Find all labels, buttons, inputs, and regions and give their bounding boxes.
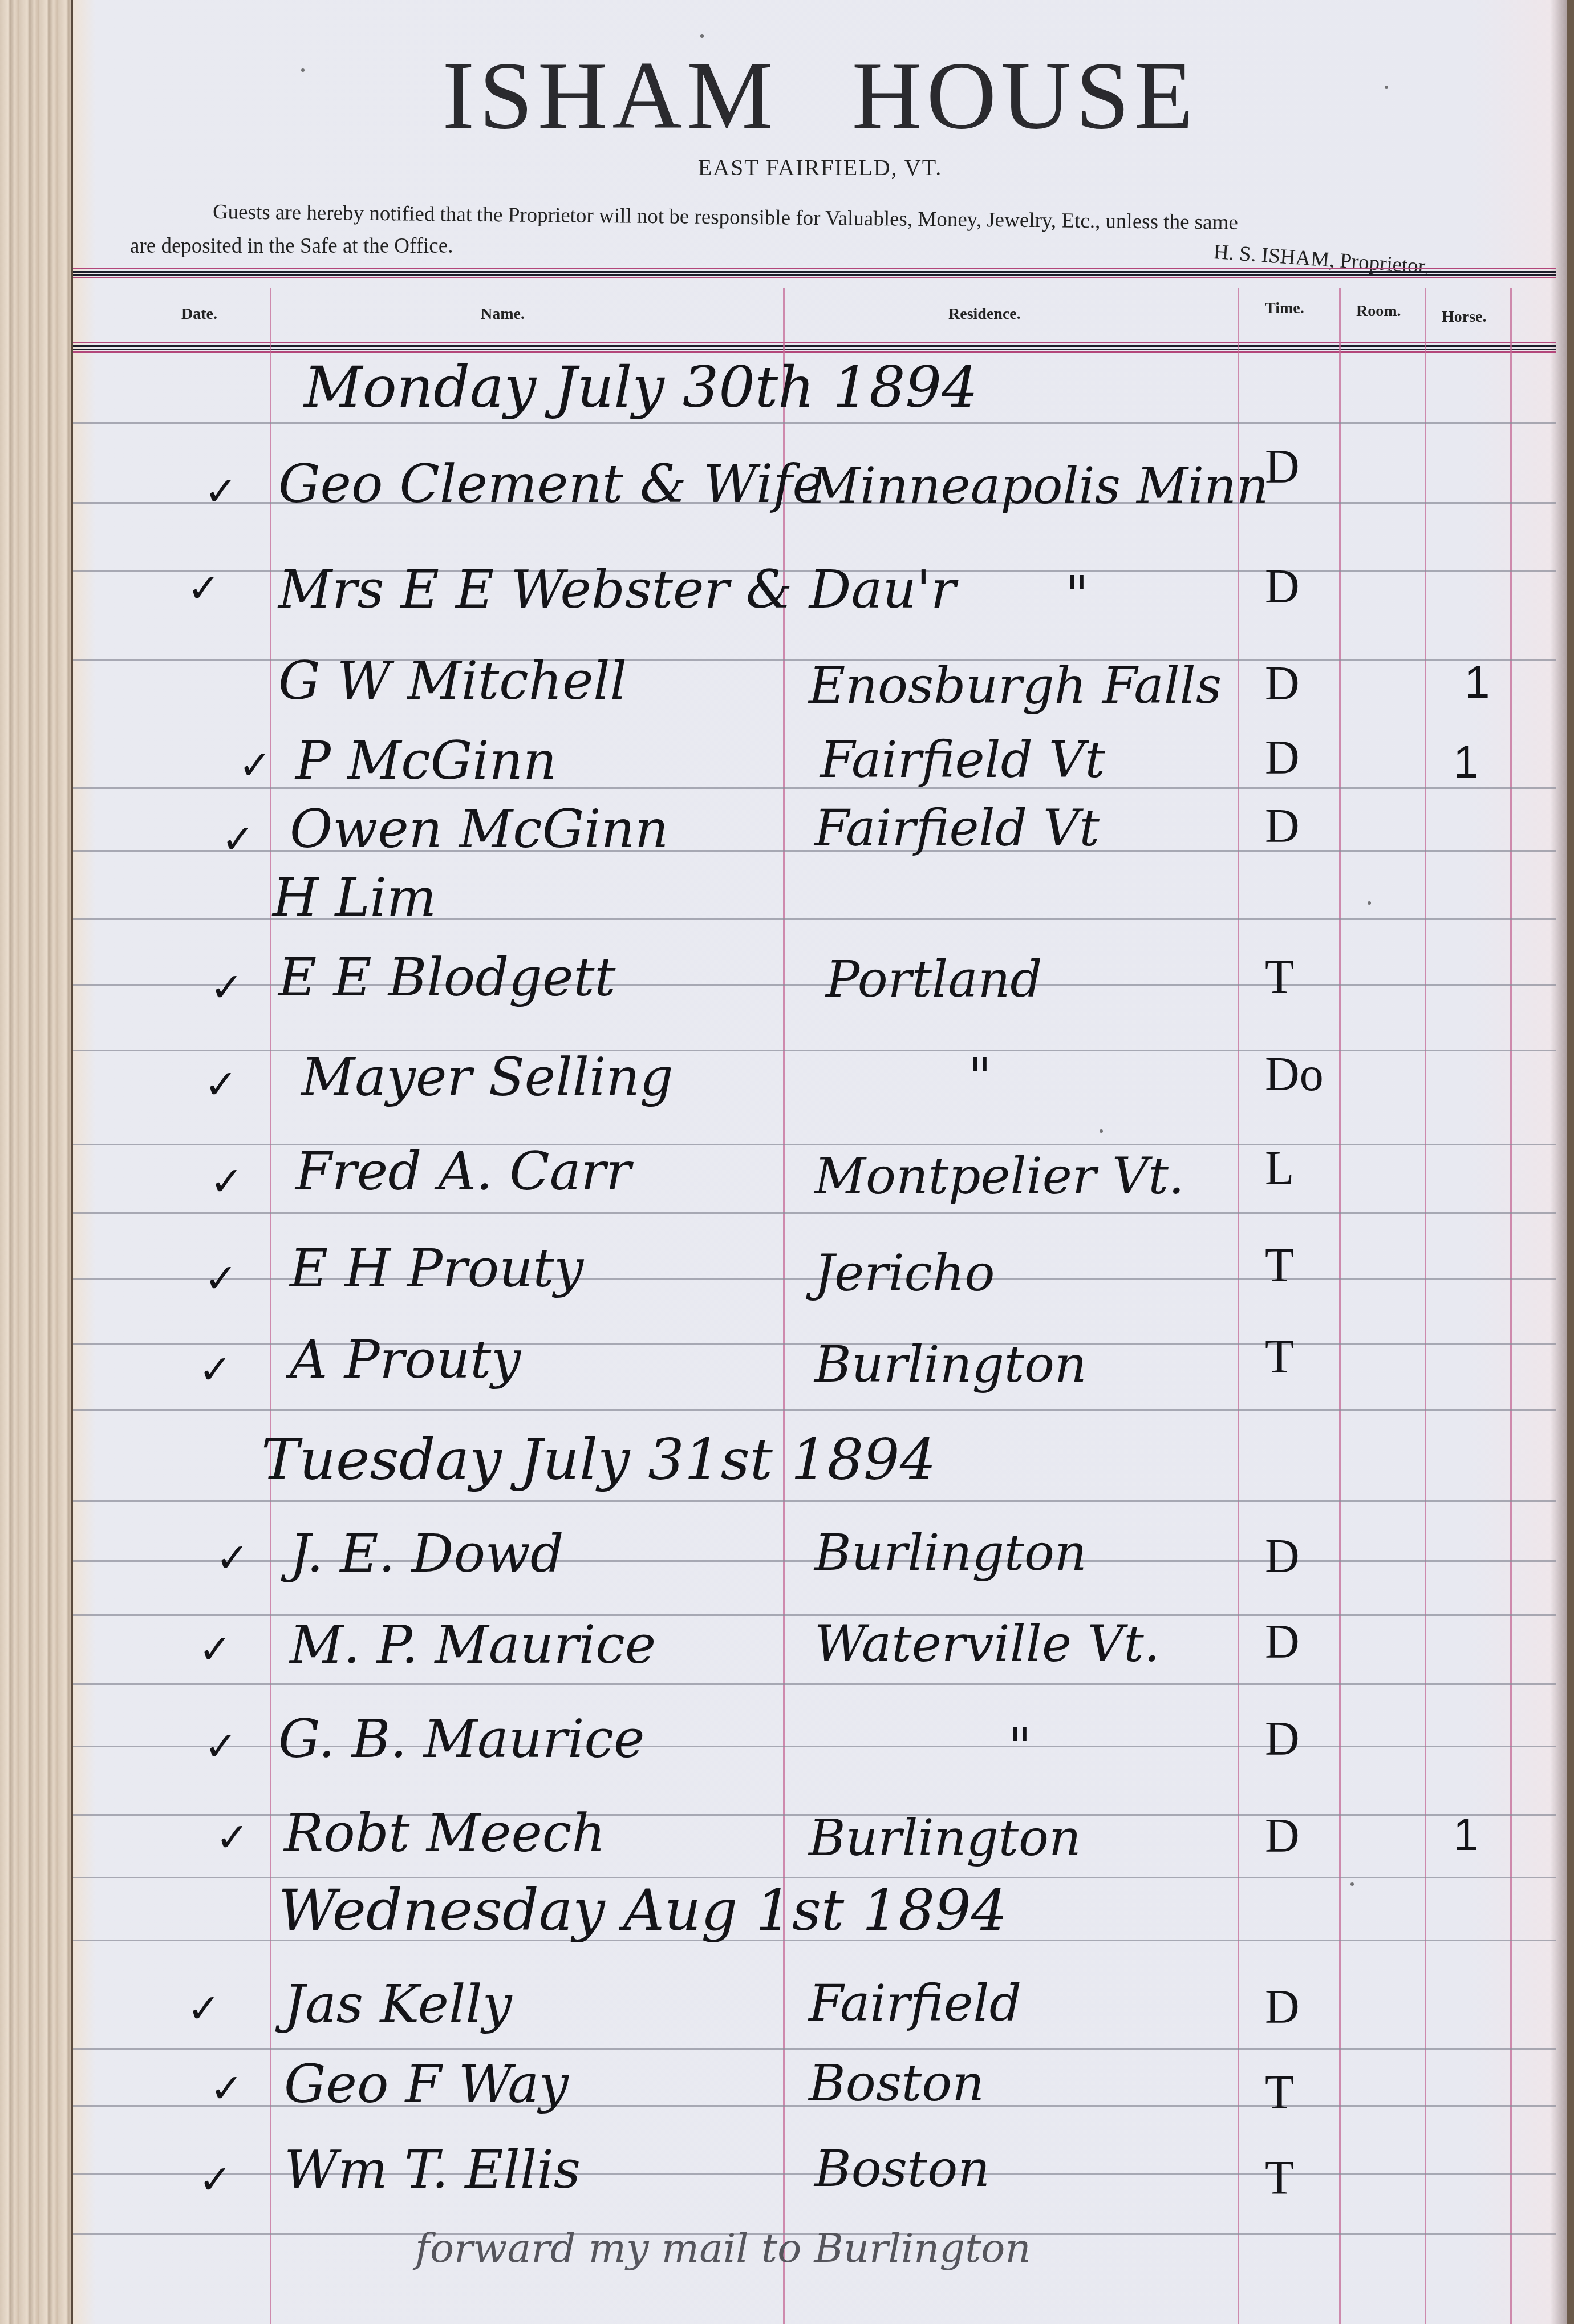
guest-name: Geo F Way (284, 2054, 569, 2115)
column-header-room: Room. (1356, 302, 1401, 321)
guest-residence: " (1065, 565, 1088, 623)
ruled-line (73, 1683, 1556, 1685)
guest-residence: Portland (826, 950, 1042, 1009)
arrival-time: T (1265, 2151, 1294, 2206)
guest-name: G. B. Maurice (278, 1708, 644, 1770)
ruled-line (73, 1409, 1556, 1411)
column-divider-date (270, 288, 271, 2324)
guest-name: Mrs E E Webster & Dau'r (278, 559, 956, 620)
guest-name: Mayer Selling (301, 1047, 674, 1108)
guest-name: E E Blodgett (278, 947, 615, 1008)
guest-name: P McGinn (295, 730, 557, 791)
column-header-date: Date. (181, 305, 217, 323)
day-heading-monday: Monday July 30th 1894 (304, 354, 978, 420)
guest-residence: Boston (809, 2054, 984, 2112)
guest-residence: Fairfield Vt (814, 799, 1100, 857)
checkmark-icon: ✓ (238, 742, 272, 788)
ruled-line (73, 1212, 1556, 1214)
horse-count: 1 (1465, 656, 1490, 708)
guest-name: Owen McGinn (290, 799, 668, 860)
arrival-time: T (1265, 1329, 1294, 1384)
arrival-time: T (1265, 1238, 1294, 1293)
column-divider-time (1339, 288, 1341, 2324)
arrival-time: D (1265, 1711, 1300, 1767)
checkmark-icon: ✓ (216, 1535, 249, 1581)
arrival-time: T (1265, 2065, 1294, 2120)
checkmark-icon: ✓ (187, 1985, 221, 2032)
hotel-location: EAST FAIRFIELD, VT. (73, 154, 1567, 181)
notice-line-1: Guests are hereby notified that the Prop… (213, 200, 1238, 235)
guest-name: A Prouty (290, 1329, 521, 1390)
horse-count: 1 (1453, 736, 1479, 788)
checkmark-icon: ✓ (221, 816, 255, 863)
arrival-time: D (1265, 799, 1300, 854)
day-heading-tuesday: Tuesday July 31st 1894 (261, 1426, 936, 1493)
checkmark-icon: ✓ (204, 468, 238, 515)
ink-speck (301, 68, 305, 72)
column-header-time: Time. (1265, 299, 1304, 318)
column-divider-horse (1510, 288, 1512, 2324)
guest-residence: " (1008, 1717, 1031, 1776)
checkmark-icon: ✓ (216, 1814, 249, 1861)
guest-name: J. E. Dowd (290, 1523, 564, 1584)
ledger-page: ISHAM HOUSE EAST FAIRFIELD, VT. Guests a… (71, 0, 1567, 2324)
hotel-title: ISHAM HOUSE (73, 40, 1567, 151)
arrival-time: D (1265, 730, 1300, 786)
guest-residence: Waterville Vt. (814, 1614, 1160, 1673)
horse-count: 1 (1453, 1808, 1479, 1861)
ink-speck (1368, 901, 1371, 905)
arrival-time: Do (1265, 1047, 1324, 1102)
guest-name: Fred A. Carr (295, 1141, 631, 1202)
guest-name: Geo Clement & Wife (278, 454, 823, 515)
checkmark-icon: ✓ (187, 565, 221, 612)
checkmark-icon: ✓ (198, 1346, 232, 1393)
checkmark-icon: ✓ (204, 1255, 238, 1302)
column-header-horse: Horse. (1442, 308, 1487, 326)
arrival-time: D (1265, 1529, 1300, 1584)
arrival-time: D (1265, 1979, 1300, 2035)
guest-residence: Burlington (814, 1523, 1087, 1582)
column-header-residence: Residence. (948, 305, 1021, 323)
guest-name: H Lim (273, 867, 436, 928)
guest-residence: Montpelier Vt. (814, 1147, 1184, 1205)
guest-name: Jas Kelly (284, 1974, 512, 2035)
book-page-stack (0, 0, 74, 2324)
guest-residence: " (968, 1047, 991, 1106)
guest-residence: Minneapolis Minn (809, 456, 1268, 515)
guest-name: G W Mitchell (278, 650, 627, 711)
arrival-time: D (1265, 439, 1300, 495)
column-divider-residence (1238, 288, 1239, 2324)
arrival-time: D (1265, 1614, 1300, 1670)
ruled-line (73, 2048, 1556, 2050)
checkmark-icon: ✓ (210, 2065, 244, 2112)
header-top-rule (73, 268, 1556, 278)
guest-name: Robt Meech (284, 1803, 606, 1864)
checkmark-icon: ✓ (204, 1061, 238, 1108)
ruled-line (73, 1500, 1556, 1502)
ink-speck (1385, 86, 1388, 89)
guest-residence: Fairfield Vt (820, 730, 1105, 789)
checkmark-icon: ✓ (198, 1626, 232, 1673)
guest-residence: Burlington (809, 1808, 1081, 1867)
header-bottom-rule (73, 342, 1556, 353)
column-header-name: Name. (481, 305, 525, 323)
checkmark-icon: ✓ (210, 964, 244, 1011)
arrival-time: D (1265, 1808, 1300, 1864)
arrival-time: L (1265, 1141, 1294, 1196)
ink-speck (1350, 1882, 1354, 1886)
guest-residence: Jericho (814, 1244, 995, 1302)
guest-residence: Burlington (814, 1335, 1087, 1394)
arrival-time: D (1265, 656, 1300, 711)
arrival-time: T (1265, 950, 1294, 1005)
guest-residence: Enosburgh Falls (809, 656, 1222, 715)
guest-residence: Fairfield (809, 1974, 1021, 2033)
guest-name: E H Prouty (290, 1238, 583, 1299)
notice-line-2: are deposited in the Safe at the Office. (130, 234, 453, 258)
ruled-line (73, 422, 1556, 424)
day-heading-wednesday: Wednesday Aug 1st 1894 (278, 1877, 1007, 1944)
handwritten-note: forward my mail to Burlington (415, 2225, 1031, 2272)
checkmark-icon: ✓ (198, 2156, 232, 2203)
guest-residence: Boston (814, 2139, 990, 2198)
arrival-time: D (1265, 559, 1300, 614)
column-divider-room (1425, 288, 1426, 2324)
guest-name: Wm T. Ellis (284, 2139, 581, 2200)
ink-speck (700, 34, 704, 38)
checkmark-icon: ✓ (210, 1158, 244, 1205)
ruled-line (73, 1050, 1556, 1051)
guest-name: M. P. Maurice (290, 1614, 656, 1675)
checkmark-icon: ✓ (204, 1723, 238, 1770)
ink-speck (1100, 1129, 1103, 1133)
